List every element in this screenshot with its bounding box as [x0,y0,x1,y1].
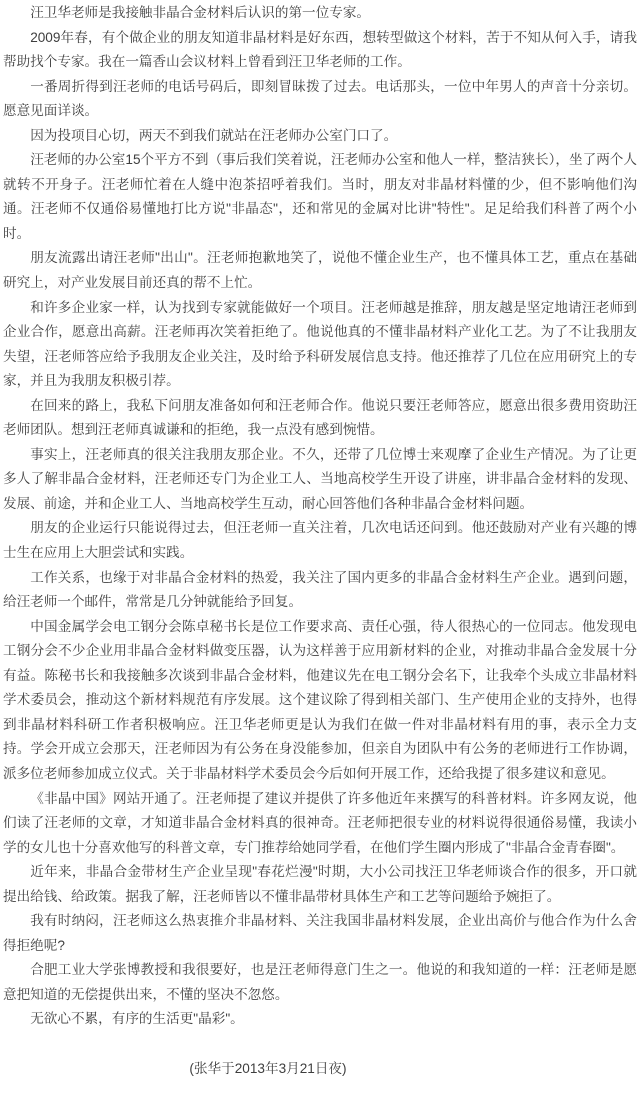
paragraph: 一番周折得到汪老师的电话号码后，即刻冒昧拨了过去。电话那头，一位中年男人的声音十… [3,75,637,124]
paragraph: 我有时纳闷，汪老师这么热衷推介非晶材料、关注我国非晶材料发展，企业出高价与他合作… [3,909,637,958]
paragraph: 在回来的路上，我私下问朋友准备如何和汪老师合作。他说只要汪老师答应，愿意出很多费… [3,394,637,443]
paragraph: 《非晶中国》网站开通了。汪老师提了建议并提供了许多他近年来撰写的科普材料。许多网… [3,787,637,861]
paragraph: 汪老师的办公室15个平方不到（事后我们笑着说，汪老师办公室和他人一样，整洁狭长）… [3,148,637,246]
paragraph: 汪卫华老师是我接触非晶合金材料后认识的第一位专家。 [3,1,637,26]
paragraph: 2009年春，有个做企业的朋友知道非晶材料是好东西，想转型做这个材料，苦于不知从… [3,26,637,75]
signature: (张华于2013年3月21日夜) [3,1057,533,1082]
paragraph: 事实上，汪老师真的很关注我朋友那企业。不久，还带了几位博士来观摩了企业生产情况。… [3,443,637,517]
paragraph: 朋友流露出请汪老师"出山"。汪老师抱歉地笑了，说他不懂企业生产，也不懂具体工艺，… [3,246,637,295]
paragraph: 中国金属学会电工钢分会陈卓秘书长是位工作要求高、责任心强，待人很热心的一位同志。… [3,615,637,787]
paragraph: 无欲心不累，有序的生活更"晶彩"。 [3,1007,637,1032]
paragraph: 朋友的企业运行只能说得过去，但汪老师一直关注着，几次电话还问到。他还鼓励对产业有… [3,516,637,565]
paragraph: 合肥工业大学张博教授和我很要好，也是汪老师得意门生之一。他说的和我知道的一样：汪… [3,958,637,1007]
paragraph: 和许多企业家一样，认为找到专家就能做好一个项目。汪老师越是推辞，朋友越是坚定地请… [3,296,637,394]
paragraph: 工作关系，也缘于对非晶合金材料的热爱，我关注了国内更多的非晶合金材料生产企业。遇… [3,566,637,615]
paragraph: 近年来，非晶合金带材生产企业呈现"春花烂漫"时期，大小公司找汪卫华老师谈合作的很… [3,860,637,909]
paragraph: 因为投项目心切，两天不到我们就站在汪老师办公室门口了。 [3,124,637,149]
article-body: 汪卫华老师是我接触非晶合金材料后认识的第一位专家。 2009年春，有个做企业的朋… [0,0,640,1101]
